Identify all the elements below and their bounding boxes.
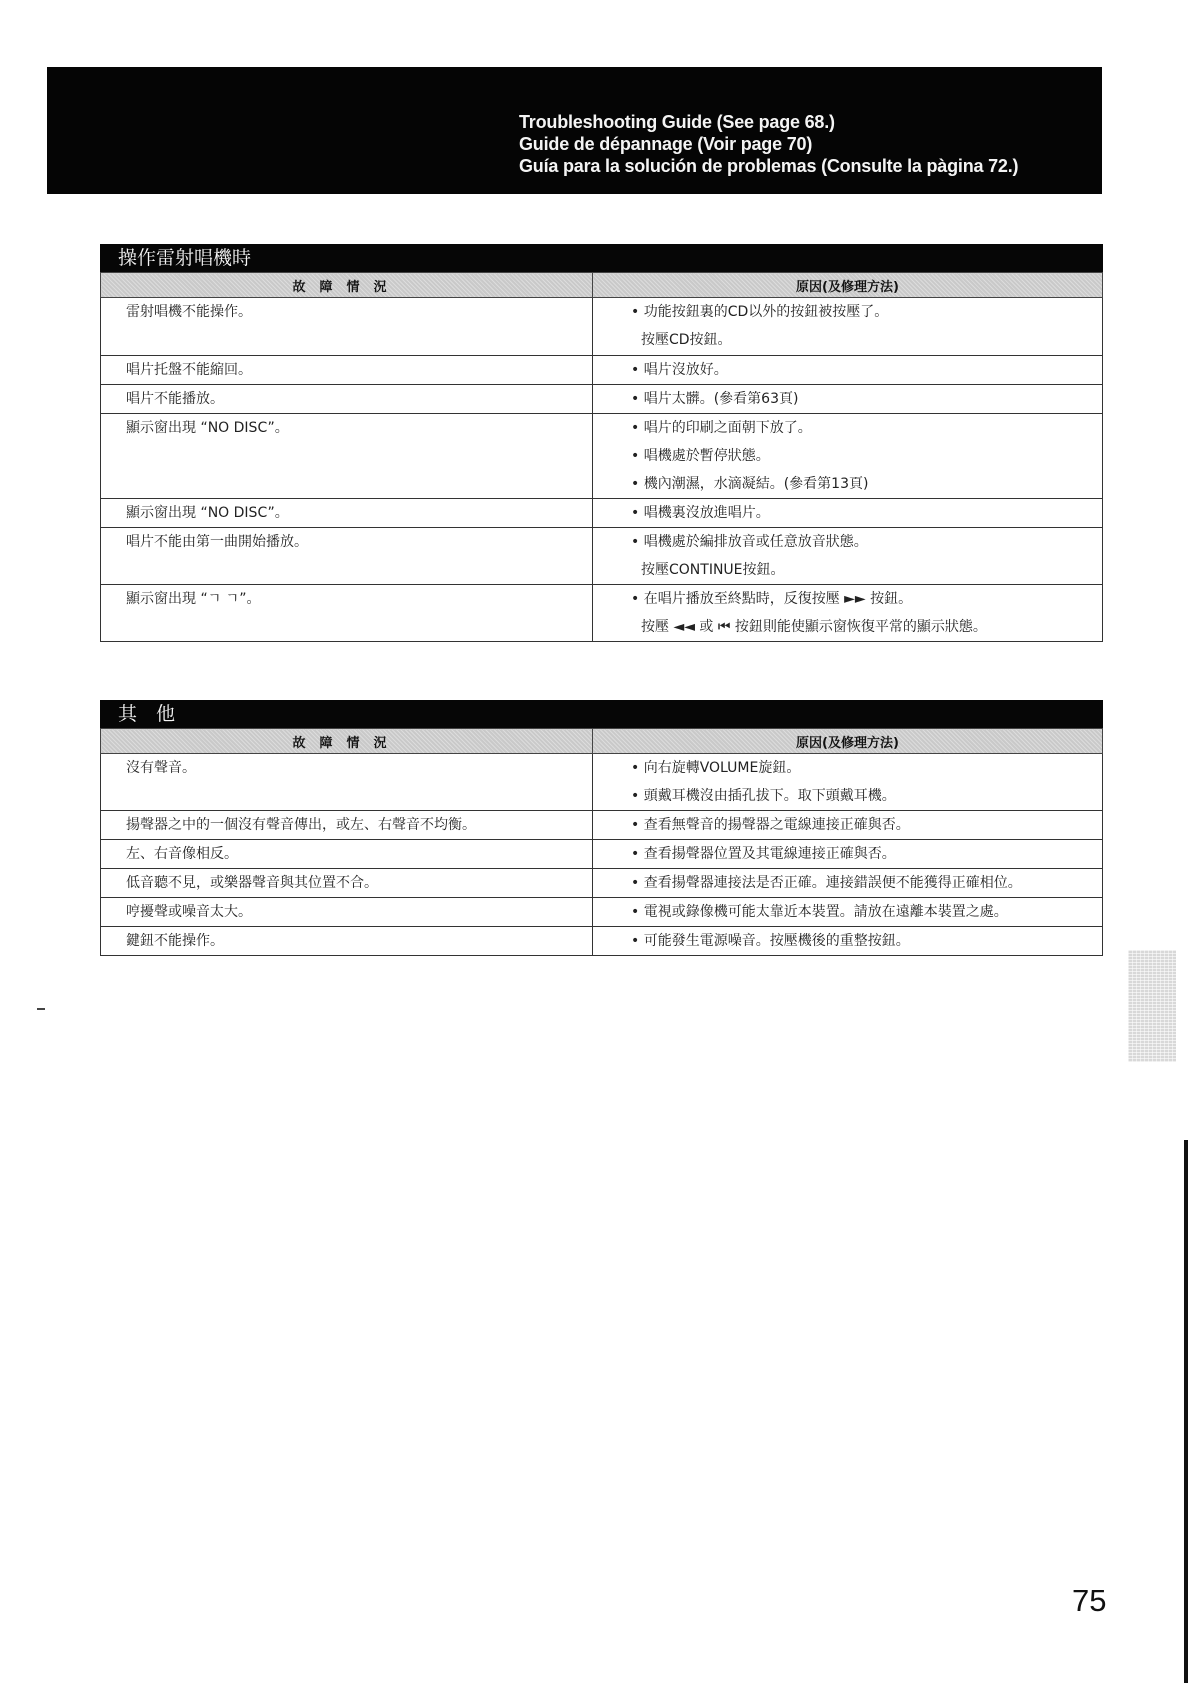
cause-line: • 功能按鈕裏的CD以外的按鈕被按壓了。	[631, 298, 1102, 326]
issue-cell: 左、右音像相反。	[101, 840, 593, 869]
cause-cell: • 可能發生電源噪音。按壓機後的重整按鈕。	[593, 927, 1103, 956]
guide-titles: Troubleshooting Guide (See page 68.) Gui…	[519, 111, 1018, 177]
issue-cell: 唱片不能播放。	[101, 385, 593, 414]
cause-line: • 可能發生電源噪音。按壓機後的重整按鈕。	[631, 927, 1102, 955]
cause-cell: • 電視或錄像機可能太靠近本裝置。請放在遠離本裝置之處。	[593, 898, 1103, 927]
table-row: 顯示窗出現 “NO DISC”。 • 唱機裏沒放進唱片。	[101, 499, 1103, 528]
cause-cell: • 唱機處於編排放音或任意放音狀態。 按壓CONTINUE按鈕。	[593, 528, 1103, 585]
cause-line: 按壓 ◄◄ 或 ⏮ 按鈕則能使顯示窗恢復平常的顯示狀態。	[631, 613, 1102, 641]
page-edge	[1184, 1140, 1188, 1683]
column-header-issue: 故障情況	[101, 273, 593, 298]
title-spanish: Guía para la solución de problemas (Cons…	[519, 155, 1018, 177]
cause-line: • 唱片的印刷之面朝下放了。	[631, 414, 1102, 442]
section-other: 其 他 故障情況 原因(及修理方法) 沒有聲音。 • 向右旋轉VOLUME旋鈕。…	[100, 700, 1103, 956]
table-row: 顯示窗出現 “NO DISC”。 • 唱片的印刷之面朝下放了。 • 唱機處於暫停…	[101, 414, 1103, 499]
table-row: 唱片托盤不能縮回。 • 唱片沒放好。	[101, 356, 1103, 385]
section-title: 操作雷射唱機時	[100, 244, 1103, 272]
table-row: 揚聲器之中的一個沒有聲音傳出，或左、右聲音不均衡。 • 查看無聲音的揚聲器之電線…	[101, 811, 1103, 840]
cause-line: • 機內潮濕，水滴凝結。(參看第13頁)	[631, 470, 1102, 498]
cause-line: • 唱片太髒。(參看第63頁)	[631, 385, 1102, 413]
cause-cell: • 唱片的印刷之面朝下放了。 • 唱機處於暫停狀態。 • 機內潮濕，水滴凝結。(…	[593, 414, 1103, 499]
troubleshooting-table: 故障情況 原因(及修理方法) 沒有聲音。 • 向右旋轉VOLUME旋鈕。 • 頭…	[100, 728, 1103, 956]
issue-cell: 顯示窗出現 “NO DISC”。	[101, 499, 593, 528]
issue-cell: 顯示窗出現 “ㄱ ㄱ”。	[101, 585, 593, 642]
cause-cell: • 唱片太髒。(參看第63頁)	[593, 385, 1103, 414]
issue-cell: 唱片不能由第一曲開始播放。	[101, 528, 593, 585]
cause-cell: • 向右旋轉VOLUME旋鈕。 • 頭戴耳機沒由插孔拔下。取下頭戴耳機。	[593, 754, 1103, 811]
table-row: 低音聽不見，或樂器聲音與其位置不合。 • 查看揚聲器連接法是否正確。連接錯誤便不…	[101, 869, 1103, 898]
table-row: 唱片不能由第一曲開始播放。 • 唱機處於編排放音或任意放音狀態。 按壓CONTI…	[101, 528, 1103, 585]
cause-cell: • 查看無聲音的揚聲器之電線連接正確與否。	[593, 811, 1103, 840]
cause-line: • 電視或錄像機可能太靠近本裝置。請放在遠離本裝置之處。	[631, 898, 1102, 926]
table-row: 哼擾聲或噪音太大。 • 電視或錄像機可能太靠近本裝置。請放在遠離本裝置之處。	[101, 898, 1103, 927]
header-band: Troubleshooting Guide (See page 68.) Gui…	[47, 67, 1102, 194]
scan-mark	[37, 1008, 45, 1010]
issue-cell: 唱片托盤不能縮回。	[101, 356, 593, 385]
cause-cell: • 在唱片播放至終點時，反復按壓 ►► 按鈕。 按壓 ◄◄ 或 ⏮ 按鈕則能使顯…	[593, 585, 1103, 642]
cause-line: • 唱機處於編排放音或任意放音狀態。	[631, 528, 1102, 556]
section-cd-operation: 操作雷射唱機時 故障情況 原因(及修理方法) 雷射唱機不能操作。 • 功能按鈕裏…	[100, 244, 1103, 642]
table-row: 鍵鈕不能操作。 • 可能發生電源噪音。按壓機後的重整按鈕。	[101, 927, 1103, 956]
cause-line: 按壓CD按鈕。	[631, 326, 1102, 354]
cause-line: • 向右旋轉VOLUME旋鈕。	[631, 754, 1102, 782]
cause-line: • 查看無聲音的揚聲器之電線連接正確與否。	[631, 811, 1102, 839]
troubleshooting-table: 故障情況 原因(及修理方法) 雷射唱機不能操作。 • 功能按鈕裏的CD以外的按鈕…	[100, 272, 1103, 642]
table-row: 左、右音像相反。 • 查看揚聲器位置及其電線連接正確與否。	[101, 840, 1103, 869]
cause-cell: • 查看揚聲器連接法是否正確。連接錯誤便不能獲得正確相位。	[593, 869, 1103, 898]
column-header-issue: 故障情況	[101, 729, 593, 754]
column-header-cause: 原因(及修理方法)	[593, 273, 1103, 298]
table-row: 顯示窗出現 “ㄱ ㄱ”。 • 在唱片播放至終點時，反復按壓 ►► 按鈕。 按壓 …	[101, 585, 1103, 642]
title-french: Guide de dépannage (Voir page 70)	[519, 133, 1018, 155]
cause-cell: • 查看揚聲器位置及其電線連接正確與否。	[593, 840, 1103, 869]
issue-cell: 鍵鈕不能操作。	[101, 927, 593, 956]
issue-cell: 哼擾聲或噪音太大。	[101, 898, 593, 927]
cause-line: • 頭戴耳機沒由插孔拔下。取下頭戴耳機。	[631, 782, 1102, 810]
issue-cell: 顯示窗出現 “NO DISC”。	[101, 414, 593, 499]
section-title: 其 他	[100, 700, 1103, 728]
cause-line: • 唱片沒放好。	[631, 356, 1102, 384]
table-row: 沒有聲音。 • 向右旋轉VOLUME旋鈕。 • 頭戴耳機沒由插孔拔下。取下頭戴耳…	[101, 754, 1103, 811]
issue-cell: 揚聲器之中的一個沒有聲音傳出，或左、右聲音不均衡。	[101, 811, 593, 840]
table-row: 唱片不能播放。 • 唱片太髒。(參看第63頁)	[101, 385, 1103, 414]
cause-line: • 查看揚聲器連接法是否正確。連接錯誤便不能獲得正確相位。	[631, 869, 1102, 897]
cause-line: • 查看揚聲器位置及其電線連接正確與否。	[631, 840, 1102, 868]
table-row: 雷射唱機不能操作。 • 功能按鈕裏的CD以外的按鈕被按壓了。 按壓CD按鈕。	[101, 298, 1103, 356]
cause-cell: • 功能按鈕裏的CD以外的按鈕被按壓了。 按壓CD按鈕。	[593, 298, 1103, 356]
section-index-tab	[1128, 950, 1176, 1062]
issue-cell: 雷射唱機不能操作。	[101, 298, 593, 356]
cause-line: • 唱機裏沒放進唱片。	[631, 499, 1102, 527]
issue-cell: 沒有聲音。	[101, 754, 593, 811]
title-english: Troubleshooting Guide (See page 68.)	[519, 111, 1018, 133]
cause-line: • 在唱片播放至終點時，反復按壓 ►► 按鈕。	[631, 585, 1102, 613]
cause-cell: • 唱片沒放好。	[593, 356, 1103, 385]
page-number: 75	[1072, 1583, 1106, 1619]
cause-cell: • 唱機裏沒放進唱片。	[593, 499, 1103, 528]
column-header-cause: 原因(及修理方法)	[593, 729, 1103, 754]
issue-cell: 低音聽不見，或樂器聲音與其位置不合。	[101, 869, 593, 898]
cause-line: 按壓CONTINUE按鈕。	[631, 556, 1102, 584]
cause-line: • 唱機處於暫停狀態。	[631, 442, 1102, 470]
